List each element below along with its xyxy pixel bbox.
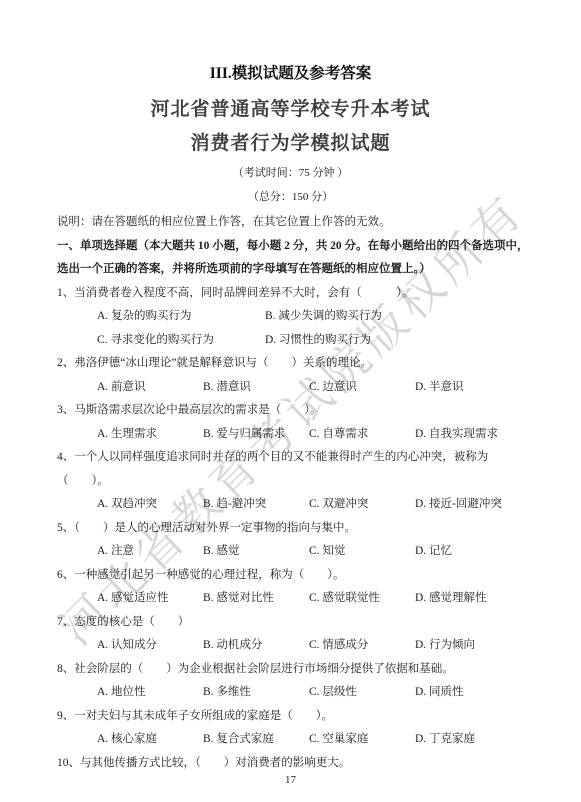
question-5-option-d: D. 记忆 bbox=[415, 540, 452, 564]
question-8-option-a: A. 地位性 bbox=[97, 681, 203, 705]
exam-title: 河北省普通高等学校专升本考试 bbox=[0, 98, 581, 121]
question-6-option-a: A. 感觉适应性 bbox=[97, 587, 203, 611]
question-3-text: 3、马斯洛需求层次论中最高层次的需求是（ ）。 bbox=[57, 399, 524, 423]
question-2-option-c: C. 边意识 bbox=[309, 376, 415, 400]
question-1-option-a: A. 复杂的购买行为 bbox=[97, 305, 265, 329]
section-heading-line1: 一、单项选择题（本大题共 10 小题，每小题 2 分，共 20 分。在每小题给出… bbox=[57, 235, 524, 259]
question-8-option-b: B. 多维性 bbox=[203, 681, 309, 705]
question-9-option-d: D. 丁克家庭 bbox=[415, 728, 475, 752]
question-2-option-d: D. 半意识 bbox=[415, 376, 464, 400]
paper-title: 消费者行为学模拟试题 bbox=[0, 132, 581, 155]
question-4-option-b: B. 趋-避冲突 bbox=[203, 493, 309, 517]
question-3-option-b: B. 爱与归属需求 bbox=[203, 423, 309, 447]
question-1-options-row1: A. 复杂的购买行为 B. 减少失调的购买行为 bbox=[57, 305, 524, 329]
question-1-options-row2: C. 寻求变化的购买行为 D. 习惯性的购买行为 bbox=[57, 329, 524, 353]
question-4-options: A. 双趋冲突 B. 趋-避冲突 C. 双避冲突 D. 接近-回避冲突 bbox=[57, 493, 524, 517]
question-1-text: 1、当消费者卷入程度不高，同时品牌间差异不大时，会有（ ）。 bbox=[57, 282, 524, 306]
question-6-option-c: C. 感觉联觉性 bbox=[309, 587, 415, 611]
question-5-option-b: B. 感觉 bbox=[203, 540, 309, 564]
question-4-option-c: C. 双避冲突 bbox=[309, 493, 415, 517]
question-9-text: 9、一对夫妇与其未成年子女所组成的家庭是（ ）。 bbox=[57, 705, 524, 729]
instructions-line: 说明：请在答题纸的相应位置上作答，在其它位置上作答的无效。 bbox=[57, 211, 524, 235]
question-2-options: A. 前意识 B. 潜意识 C. 边意识 D. 半意识 bbox=[57, 376, 524, 400]
question-9-option-a: A. 核心家庭 bbox=[97, 728, 203, 752]
question-10-text: 10、与其他传播方式比较，（ ）对消费者的影响更大。 bbox=[57, 752, 524, 776]
question-7-option-a: A. 认知成分 bbox=[97, 634, 203, 658]
section-title: III.模拟试题及参考答案 bbox=[0, 0, 581, 84]
question-6-text: 6、一种感觉引起另一种感觉的心理过程，称为（ ）。 bbox=[57, 564, 524, 588]
question-4-option-d: D. 接近-回避冲突 bbox=[415, 493, 502, 517]
question-8-options: A. 地位性 B. 多维性 C. 层级性 D. 同质性 bbox=[57, 681, 524, 705]
exam-time-note: （考试时间：75 分钟 ） bbox=[0, 166, 581, 180]
question-8-option-d: D. 同质性 bbox=[415, 681, 464, 705]
page-number: 17 bbox=[0, 774, 581, 786]
question-3-options: A. 生理需求 B. 爱与归属需求 C. 自尊需求 D. 自我实现需求 bbox=[57, 423, 524, 447]
question-4-option-a: A. 双趋冲突 bbox=[97, 493, 203, 517]
question-3-option-d: D. 自我实现需求 bbox=[415, 423, 498, 447]
question-6-options: A. 感觉适应性 B. 感觉对比性 C. 感觉联觉性 D. 感觉理解性 bbox=[57, 587, 524, 611]
question-5-text: 5、（ ）是人的心理活动对外界一定事物的指向与集中。 bbox=[57, 517, 524, 541]
question-5-option-a: A. 注意 bbox=[97, 540, 203, 564]
question-7-options: A. 认知成分 B. 动机成分 C. 情感成分 D. 行为倾向 bbox=[57, 634, 524, 658]
question-2-option-a: A. 前意识 bbox=[97, 376, 203, 400]
question-7-text: 7、态度的核心是（ ） bbox=[57, 611, 524, 635]
question-7-option-d: D. 行为倾向 bbox=[415, 634, 475, 658]
question-1-option-b: B. 减少失调的购买行为 bbox=[265, 305, 382, 329]
question-6-option-d: D. 感觉理解性 bbox=[415, 587, 487, 611]
question-9-option-b: B. 复合式家庭 bbox=[203, 728, 309, 752]
page-header: III.模拟试题及参考答案 河北省普通高等学校专升本考试 消费者行为学模拟试题 … bbox=[0, 0, 581, 204]
question-4-text: 4、一个人以同样强度追求同时并存的两个目的又不能兼得时产生的内心冲突，被称为 bbox=[57, 446, 524, 470]
question-6-option-b: B. 感觉对比性 bbox=[203, 587, 309, 611]
question-3-option-c: C. 自尊需求 bbox=[309, 423, 415, 447]
question-8-option-c: C. 层级性 bbox=[309, 681, 415, 705]
exam-score-note: （总分：150 分） bbox=[0, 190, 581, 204]
question-4-text-line2: （ ）。 bbox=[57, 470, 524, 494]
question-5-options: A. 注意 B. 感觉 C. 知觉 D. 记忆 bbox=[57, 540, 524, 564]
question-7-option-c: C. 情感成分 bbox=[309, 634, 415, 658]
question-9-options: A. 核心家庭 B. 复合式家庭 C. 空巢家庭 D. 丁克家庭 bbox=[57, 728, 524, 752]
question-1-option-c: C. 寻求变化的购买行为 bbox=[97, 329, 265, 353]
question-3-option-a: A. 生理需求 bbox=[97, 423, 203, 447]
question-5-option-c: C. 知觉 bbox=[309, 540, 415, 564]
question-2-text: 2、弗洛伊德“冰山理论”就是解释意识与（ ）关系的理论。 bbox=[57, 352, 524, 376]
exam-page: 河北省教育考试院版权所有 III.模拟试题及参考答案 河北省普通高等学校专升本考… bbox=[0, 0, 581, 802]
question-1-option-d: D. 习惯性的购买行为 bbox=[265, 329, 371, 353]
section-heading-line2: 选出一个正确的答案，并将所选项前的字母填写在答题纸的相应位置上。） bbox=[57, 258, 524, 282]
question-9-option-c: C. 空巢家庭 bbox=[309, 728, 415, 752]
question-8-text: 8、社会阶层的（ ）为企业根据社会阶层进行市场细分提供了依据和基础。 bbox=[57, 658, 524, 682]
exam-body: 说明：请在答题纸的相应位置上作答，在其它位置上作答的无效。 一、单项选择题（本大… bbox=[57, 211, 524, 775]
question-2-option-b: B. 潜意识 bbox=[203, 376, 309, 400]
question-7-option-b: B. 动机成分 bbox=[203, 634, 309, 658]
